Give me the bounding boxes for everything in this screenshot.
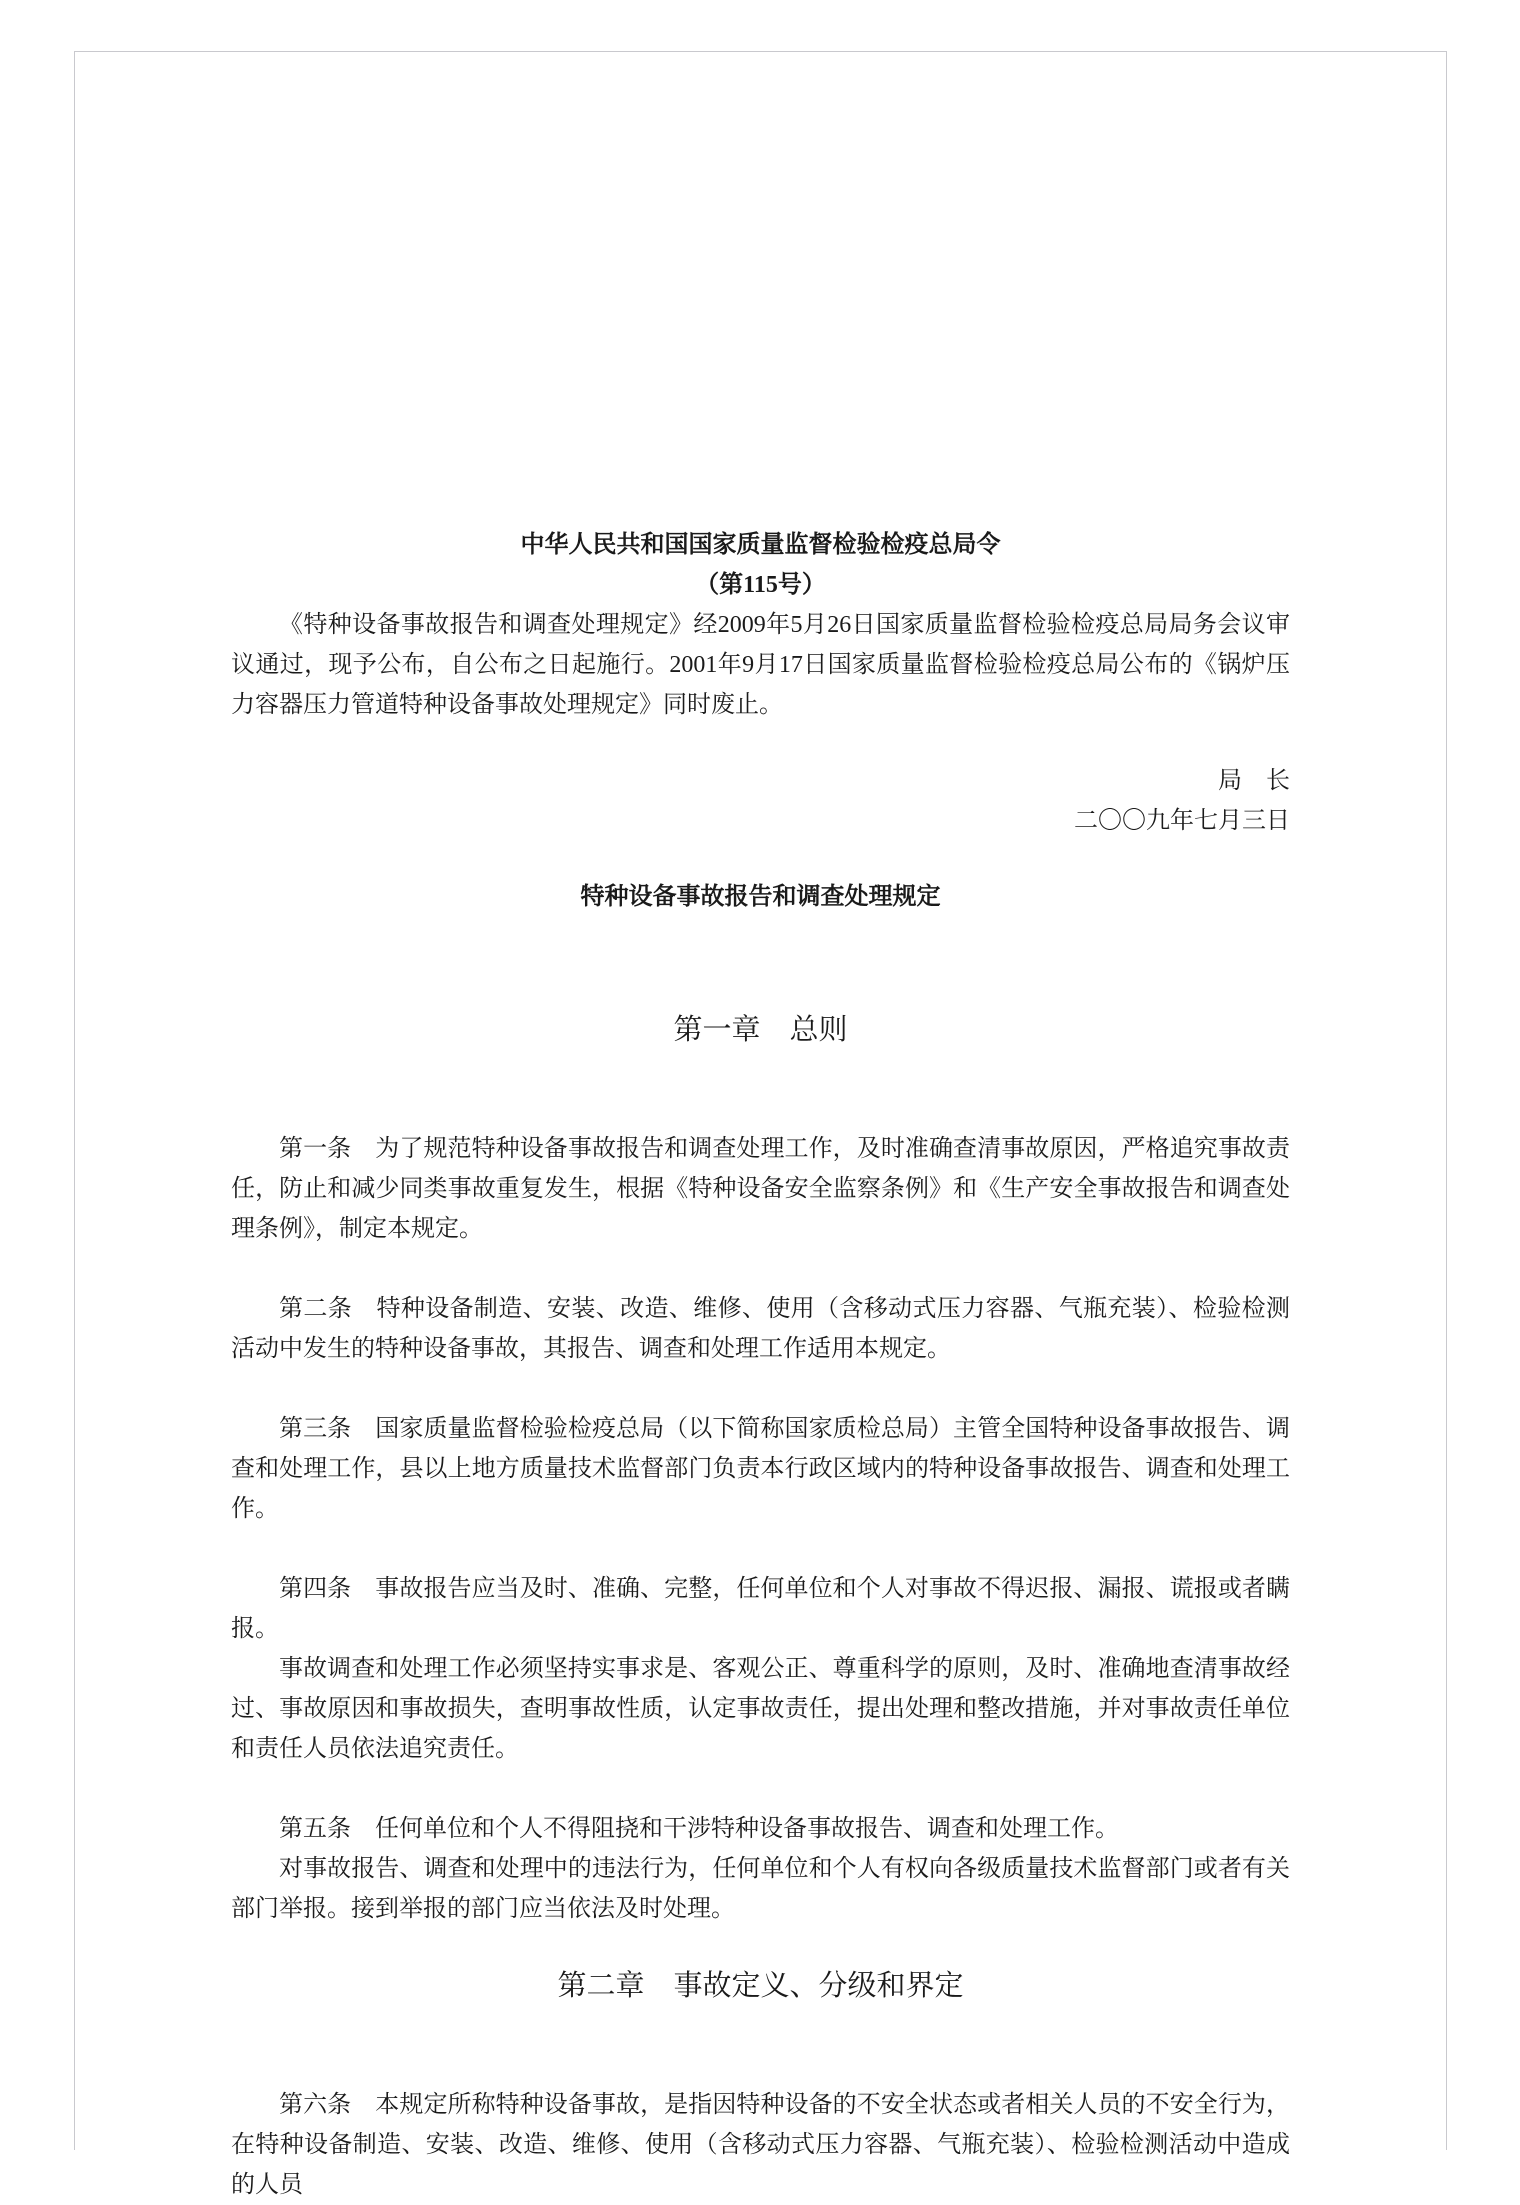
article: 第六条 本规定所称特种设备事故，是指因特种设备的不安全状态或者相关人员的不安全行… [231,2085,1290,2150]
chapter-heading: 第一章 总则 [231,1007,1290,1053]
article-paragraph: 第四条 事故报告应当及时、准确、完整，任何单位和个人对事故不得迟报、漏报、谎报或… [231,1569,1290,1649]
chapters-container: 第一章 总则第一条 为了规范特种设备事故报告和调查处理工作，及时准确查清事故原因… [231,1007,1290,2150]
signature-date: 二〇〇九年七月三日 [231,801,1290,841]
article: 第五条 任何单位和个人不得阻挠和干涉特种设备事故报告、调查和处理工作。对事故报告… [231,1809,1290,1929]
article-paragraph: 第三条 国家质量监督检验检疫总局（以下简称国家质检总局）主管全国特种设备事故报告… [231,1409,1290,1529]
document-title: 特种设备事故报告和调查处理规定 [231,877,1290,917]
article: 第四条 事故报告应当及时、准确、完整，任何单位和个人对事故不得迟报、漏报、谎报或… [231,1569,1290,1769]
document-page: 中华人民共和国国家质量监督检验检疫总局令 （第115号） 《特种设备事故报告和调… [74,51,1447,2150]
article: 第一条 为了规范特种设备事故报告和调查处理工作，及时准确查清事故原因，严格追究事… [231,1129,1290,1249]
chapter-heading: 第二章 事故定义、分级和界定 [231,1963,1290,2009]
decree-title: 中华人民共和国国家质量监督检验检疫总局令 [231,525,1290,565]
article-paragraph: 第一条 为了规范特种设备事故报告和调查处理工作，及时准确查清事故原因，严格追究事… [231,1129,1290,1249]
signer-title: 局 长 [231,761,1290,801]
article-paragraph: 第二条 特种设备制造、安装、改造、维修、使用（含移动式压力容器、气瓶充装）、检验… [231,1289,1290,1369]
article-paragraph: 事故调查和处理工作必须坚持实事求是、客观公正、尊重科学的原则，及时、准确地查清事… [231,1649,1290,1769]
chapter-section: 第二章 事故定义、分级和界定第六条 本规定所称特种设备事故，是指因特种设备的不安… [231,1963,1290,2150]
chapter-section: 第一章 总则第一条 为了规范特种设备事故报告和调查处理工作，及时准确查清事故原因… [231,1007,1290,1929]
article-paragraph: 第六条 本规定所称特种设备事故，是指因特种设备的不安全状态或者相关人员的不安全行… [231,2085,1290,2150]
decree-number: （第115号） [231,565,1290,605]
article-paragraph: 对事故报告、调查和处理中的违法行为，任何单位和个人有权向各级质量技术监督部门或者… [231,1849,1290,1929]
article: 第三条 国家质量监督检验检疫总局（以下简称国家质检总局）主管全国特种设备事故报告… [231,1409,1290,1529]
intro-paragraph: 《特种设备事故报告和调查处理规定》经2009年5月26日国家质量监督检验检疫总局… [231,605,1290,725]
article-paragraph: 第五条 任何单位和个人不得阻挠和干涉特种设备事故报告、调查和处理工作。 [231,1809,1290,1849]
article: 第二条 特种设备制造、安装、改造、维修、使用（含移动式压力容器、气瓶充装）、检验… [231,1289,1290,1369]
